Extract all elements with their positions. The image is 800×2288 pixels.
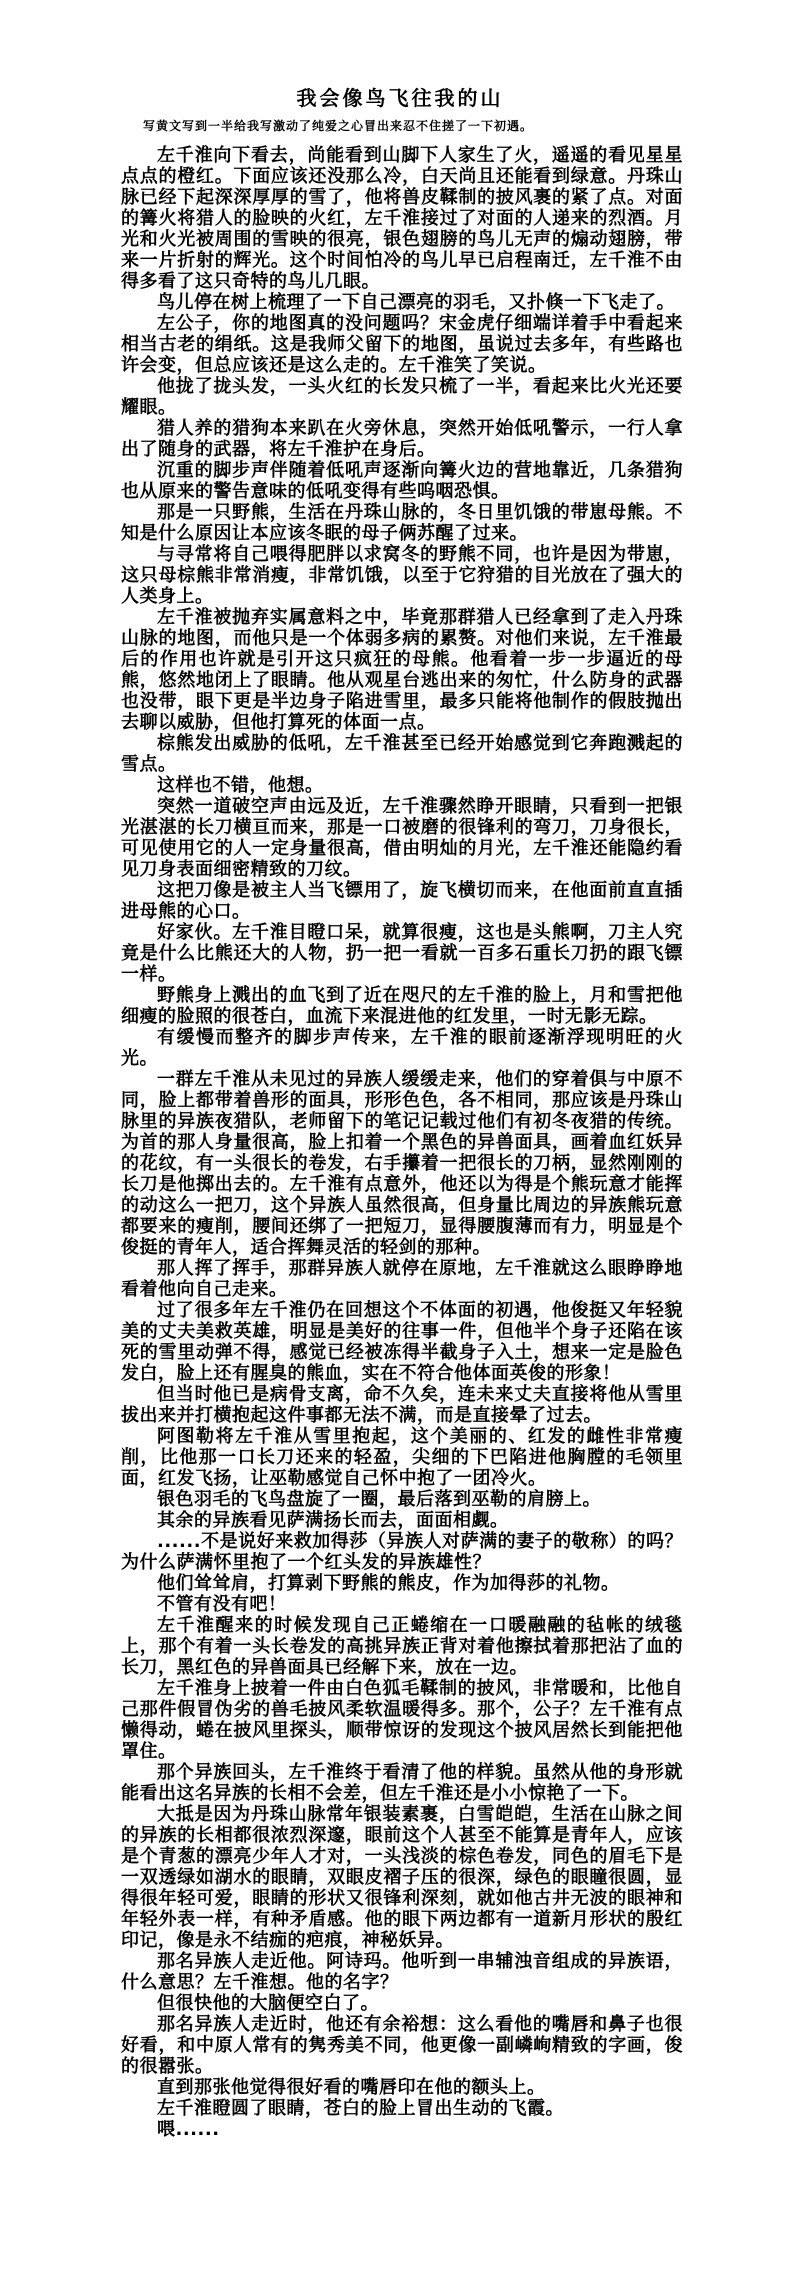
story-body: 左千淮向下看去，尚能看到山脚下人家生了火，遥遥的看见星星点点的橙红。下面应该还没… xyxy=(121,145,683,2140)
paragraph: 鸟儿停在树上梳理了一下自己漂亮的羽毛，又扑倏一下飞走了。 xyxy=(121,292,683,313)
paragraph: 那是一只野熊，生活在丹珠山脉的，冬日里饥饿的带崽母熊。不知是什么原因让本应该冬眠… xyxy=(121,502,683,544)
paragraph: 左千淮瞪圆了眼睛，苍白的脸上冒出生动的飞霞。 xyxy=(121,2098,683,2119)
paragraph: 大抵是因为丹珠山脉常年银装素裹，白雪皑皑，生活在山脉之间的异族的长相都很浓烈深邃… xyxy=(121,1804,683,1951)
paragraph: 左千淮向下看去，尚能看到山脚下人家生了火，遥遥的看见星星点点的橙红。下面应该还没… xyxy=(121,145,683,292)
paragraph: 那名异族人走近时，他还有余裕想：这么看他的嘴唇和鼻子也很好看，和中原人常有的隽秀… xyxy=(121,2014,683,2077)
paragraph: 但很快他的大脑便空白了。 xyxy=(121,1993,683,2014)
paragraph: 他们耸耸肩，打算剥下野熊的熊皮，作为加得莎的礼物。 xyxy=(121,1573,683,1594)
paragraph: 棕熊发出威胁的低吼，左千淮甚至已经开始感觉到它奔跑溅起的雪点。 xyxy=(121,733,683,775)
paragraph: 那个异族回头，左千淮终于看清了他的样貌。虽然从他的身形就能看出这名异族的长相不会… xyxy=(121,1762,683,1804)
paragraph: 有缓慢而整齐的脚步声传来，左千淮的眼前逐渐浮现明旺的火光。 xyxy=(121,1027,683,1069)
paragraph: 一群左千淮从未见过的异族人缓缓走来，他们的穿着俱与中原不同，脸上都带着兽形的面具… xyxy=(121,1069,683,1258)
paragraph: 他拢了拢头发，一头火红的长发只梳了一半，看起来比火光还要耀眼。 xyxy=(121,376,683,418)
paragraph: 喂...... xyxy=(121,2119,683,2140)
paragraph: 银色羽毛的飞鸟盘旋了一圈，最后落到巫勒的肩膀上。 xyxy=(121,1489,683,1510)
paragraph: 与寻常将自己喂得肥胖以求窝冬的野熊不同，也许是因为带崽，这只母棕熊非常消瘦，非常… xyxy=(121,544,683,607)
paragraph: 左千淮醒来的时候发现自己正蜷缩在一口暖融融的毡帐的绒毯上，那个有着一头长卷发的高… xyxy=(121,1615,683,1678)
page-title: 我会像鸟飞往我的山 xyxy=(0,86,800,110)
paragraph: 那人挥了挥手，那群异族人就停在原地，左千淮就这么眼睁睁地看着他向自己走来。 xyxy=(121,1258,683,1300)
paragraph: 好家伙。左千淮目瞪口呆，就算很瘦，这也是头熊啊，刀主人究竟是什么比熊还大的人物，… xyxy=(121,922,683,985)
paragraph: 左千淮身上披着一件由白色狐毛鞣制的披风，非常暖和，比他自己那件假冒伪劣的兽毛披风… xyxy=(121,1678,683,1762)
paragraph: 其余的异族看见萨满扬长而去，面面相觑。 xyxy=(121,1510,683,1531)
paragraph: 阿图勒将左千淮从雪里抱起，这个美丽的、红发的雌性非常瘦削，比他那一口长刀还来的轻… xyxy=(121,1426,683,1489)
document-page: 我会像鸟飞往我的山 写黄文写到一半给我写激动了纯爱之心冒出来忍不住搓了一下初遇。… xyxy=(0,0,800,2288)
paragraph: 这把刀像是被主人当飞镖用了，旋飞横切而来，在他面前直直插进母熊的心口。 xyxy=(121,880,683,922)
paragraph: 左千淮被抛弃实属意料之中，毕竟那群猎人已经拿到了走入丹珠山脉的地图，而他只是一个… xyxy=(121,607,683,733)
paragraph: 直到那张他觉得很好看的嘴唇印在他的额头上。 xyxy=(121,2077,683,2098)
paragraph: 过了很多年左千淮仍在回想这个不体面的初遇，他俊挺又年轻貌美的丈夫美救英雄，明显是… xyxy=(121,1300,683,1384)
paragraph: 野熊身上溅出的血飞到了近在咫尺的左千淮的脸上，月和雪把他细瘦的脸照的很苍白，血流… xyxy=(121,985,683,1027)
paragraph: 但当时他已是病骨支离，命不久矣，连未来丈夫直接将他从雪里拔出来并打横抱起这件事都… xyxy=(121,1384,683,1426)
author-note-subtitle: 写黄文写到一半给我写激动了纯爱之心冒出来忍不住搓了一下初遇。 xyxy=(121,119,683,134)
paragraph: 沉重的脚步声伴随着低吼声逐渐向篝火边的营地靠近，几条猎狗也从原来的警告意味的低吼… xyxy=(121,460,683,502)
paragraph: 左公子，你的地图真的没问题吗？宋金虎仔细端详着手中看起来相当古老的绢纸。这是我师… xyxy=(121,313,683,376)
paragraph: 突然一道破空声由远及近，左千淮骤然睁开眼睛，只看到一把银光湛湛的长刀横亘而来，那… xyxy=(121,796,683,880)
paragraph: 那名异族人走近他。阿诗玛。他听到一串辅浊音组成的异族语，什么意思？左千淮想。他的… xyxy=(121,1951,683,1993)
paragraph: 不管有没有吧！ xyxy=(121,1594,683,1615)
paragraph: 这样也不错，他想。 xyxy=(121,775,683,796)
paragraph: ......不是说好来救加得莎（异族人对萨满的妻子的敬称）的吗？为什么萨满怀里抱… xyxy=(121,1531,683,1573)
paragraph: 猎人养的猎狗本来趴在火旁休息，突然开始低吼警示，一行人拿出了随身的武器，将左千淮… xyxy=(121,418,683,460)
